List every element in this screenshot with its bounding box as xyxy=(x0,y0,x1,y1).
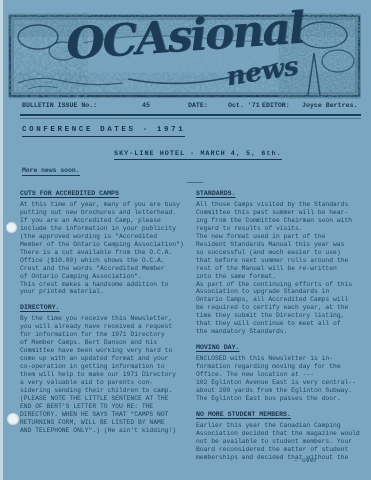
bulletin-issue-number: 45 xyxy=(142,102,150,109)
bulletin-issue-label: BULLETIN ISSUE No.: xyxy=(22,102,97,109)
right-column: STANDARDS. All those Camps visited by th… xyxy=(196,190,365,470)
section-heading: DIRECTORY. xyxy=(20,304,189,311)
section-body: By the time you receive this Newsletter,… xyxy=(20,315,189,434)
section-body: All those Camps visited by the Standards… xyxy=(196,201,365,336)
divider-rule-thin xyxy=(20,118,361,119)
section-cuts-for-accredited-camps: CUTS FOR ACCREDITED CAMPS At this time o… xyxy=(20,190,189,296)
stray-ink-mark xyxy=(187,182,203,183)
headline-conference-dates: CONFERENCE DATES - 1971 xyxy=(22,126,185,137)
bulletin-editor-label: EDITOR: xyxy=(262,102,290,109)
bulletin-editor-value: Joyce Bertres. xyxy=(302,102,357,109)
section-heading: CUTS FOR ACCREDITED CAMPS xyxy=(20,190,189,197)
section-heading: STANDARDS. xyxy=(196,190,365,197)
punch-hole xyxy=(6,222,17,233)
subhead-hotel-dates: SKY-LINE HOTEL - MARCH 4, 5, 6th. xyxy=(114,150,282,160)
section-moving-day: MOVING DAY. ENCLOSED with this Newslette… xyxy=(196,344,365,403)
two-column-body: CUTS FOR ACCREDITED CAMPS At this time o… xyxy=(20,190,365,470)
bulletin-date-label: DATE: xyxy=(188,102,208,109)
section-body: At this time of year, many of you are bu… xyxy=(20,201,189,296)
section-body: ENCLOSED with this Newsletter is in- for… xyxy=(196,355,365,403)
left-column: CUTS FOR ACCREDITED CAMPS At this time o… xyxy=(20,190,189,470)
note-more-news: More news soon. xyxy=(22,167,80,176)
section-heading: NO MORE STUDENT MEMBERS. xyxy=(196,411,365,418)
section-body: Earlier this year the Canadian Camping A… xyxy=(196,422,365,462)
section-no-more-student-members: NO MORE STUDENT MEMBERS. Earlier this ye… xyxy=(196,411,365,462)
bulletin-date-value: Oct. '71 xyxy=(228,102,260,109)
page-turn-indicator: - over xyxy=(294,457,318,464)
section-standards: STANDARDS. All those Camps visited by th… xyxy=(196,190,365,336)
punch-hole xyxy=(7,413,19,425)
newsletter-page: OCAsional news BULLETIN ISSUE No.: 45 DA… xyxy=(0,0,371,480)
section-heading: MOVING DAY. xyxy=(196,344,365,351)
section-directory: DIRECTORY. By the time you receive this … xyxy=(20,304,189,434)
bulletin-bar: BULLETIN ISSUE No.: 45 DATE: Oct. '71 ED… xyxy=(20,101,361,113)
divider-rule xyxy=(20,114,361,116)
scan-edge xyxy=(0,0,3,480)
masthead-artwork: OCAsional news xyxy=(8,13,361,99)
